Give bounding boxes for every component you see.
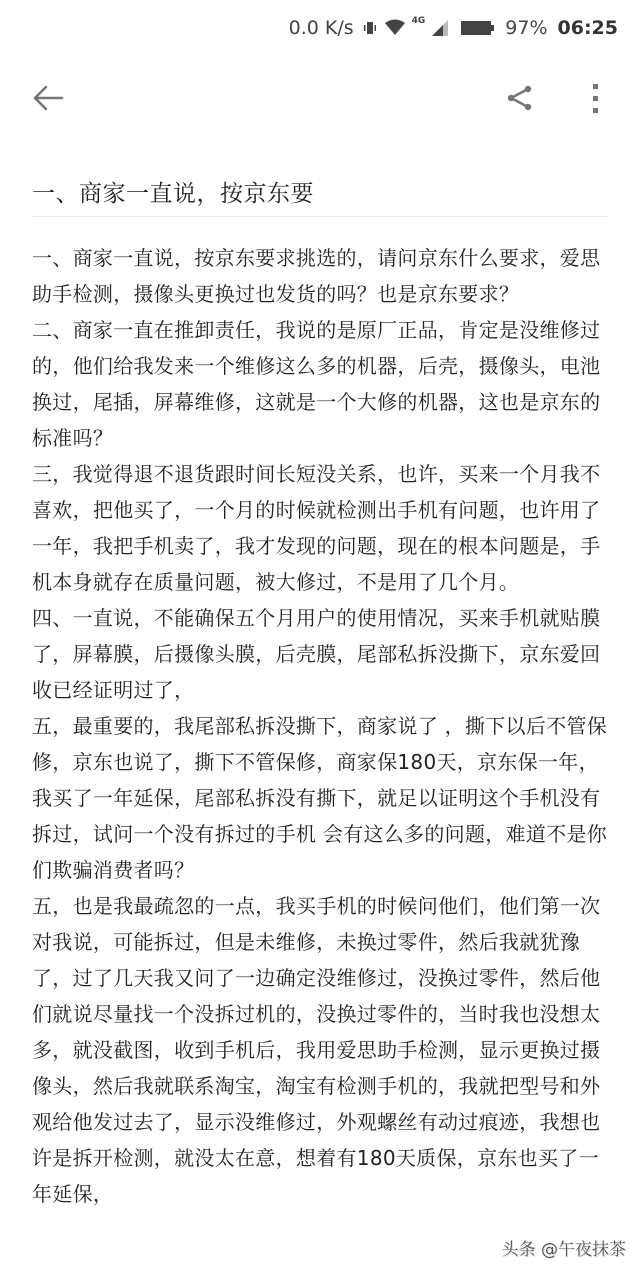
paragraph-4: 四、一直说，不能确保五个月用户的使用情况，买来手机就贴膜了，屏幕膜，后摄像头膜，…	[32, 600, 612, 708]
share-icon	[506, 84, 534, 116]
top-toolbar	[0, 56, 640, 143]
paragraph-2: 二、商家一直在推卸责任，我说的是原厂正品，肯定是没维修过的，他们给我发来一个维修…	[32, 312, 612, 456]
back-button[interactable]	[28, 80, 68, 120]
paragraph-5: 五，最重要的，我尾部私拆没撕下，商家说了 ，撕下以后不管保修，京东也说了，撕下不…	[32, 708, 612, 888]
title-divider	[32, 216, 608, 217]
paragraph-6: 五，也是我最疏忽的一点，我买手机的时候问他们，他们第一次对我说，可能拆过，但是未…	[32, 888, 612, 1212]
article-body: 一、商家一直说，按京东要求挑选的，请问京东什么要求，爱思助手检测，摄像头更换过也…	[32, 240, 612, 1212]
vibrate-icon	[362, 20, 378, 36]
share-button[interactable]	[500, 80, 540, 120]
paragraph-3: 三，我觉得退不退货跟时间长短没关系，也许，买来一个月我不喜欢，把他买了，一个月的…	[32, 456, 612, 600]
more-options-button[interactable]	[576, 80, 616, 120]
arrow-left-icon	[32, 84, 64, 116]
more-vertical-icon	[591, 82, 601, 118]
watermark: 头条 @午夜抹茶	[502, 1235, 626, 1260]
network-speed: 0.0 K/s	[289, 17, 354, 39]
article-title: 一、商家一直说，按京东要	[32, 175, 314, 208]
network-type: 4G	[412, 16, 426, 26]
clock: 06:25	[558, 17, 618, 39]
battery-percent: 97%	[505, 17, 547, 39]
battery-icon	[461, 21, 491, 35]
wifi-icon	[384, 19, 406, 37]
paragraph-1: 一、商家一直说，按京东要求挑选的，请问京东什么要求，爱思助手检测，摄像头更换过也…	[32, 240, 612, 312]
article-content: 一、商家一直说，按京东要 一、商家一直说，按京东要求挑选的，请问京东什么要求，爱…	[0, 142, 640, 1280]
cellular-signal-icon	[431, 19, 449, 37]
status-bar: 0.0 K/s 4G 97% 06:25	[0, 0, 640, 56]
